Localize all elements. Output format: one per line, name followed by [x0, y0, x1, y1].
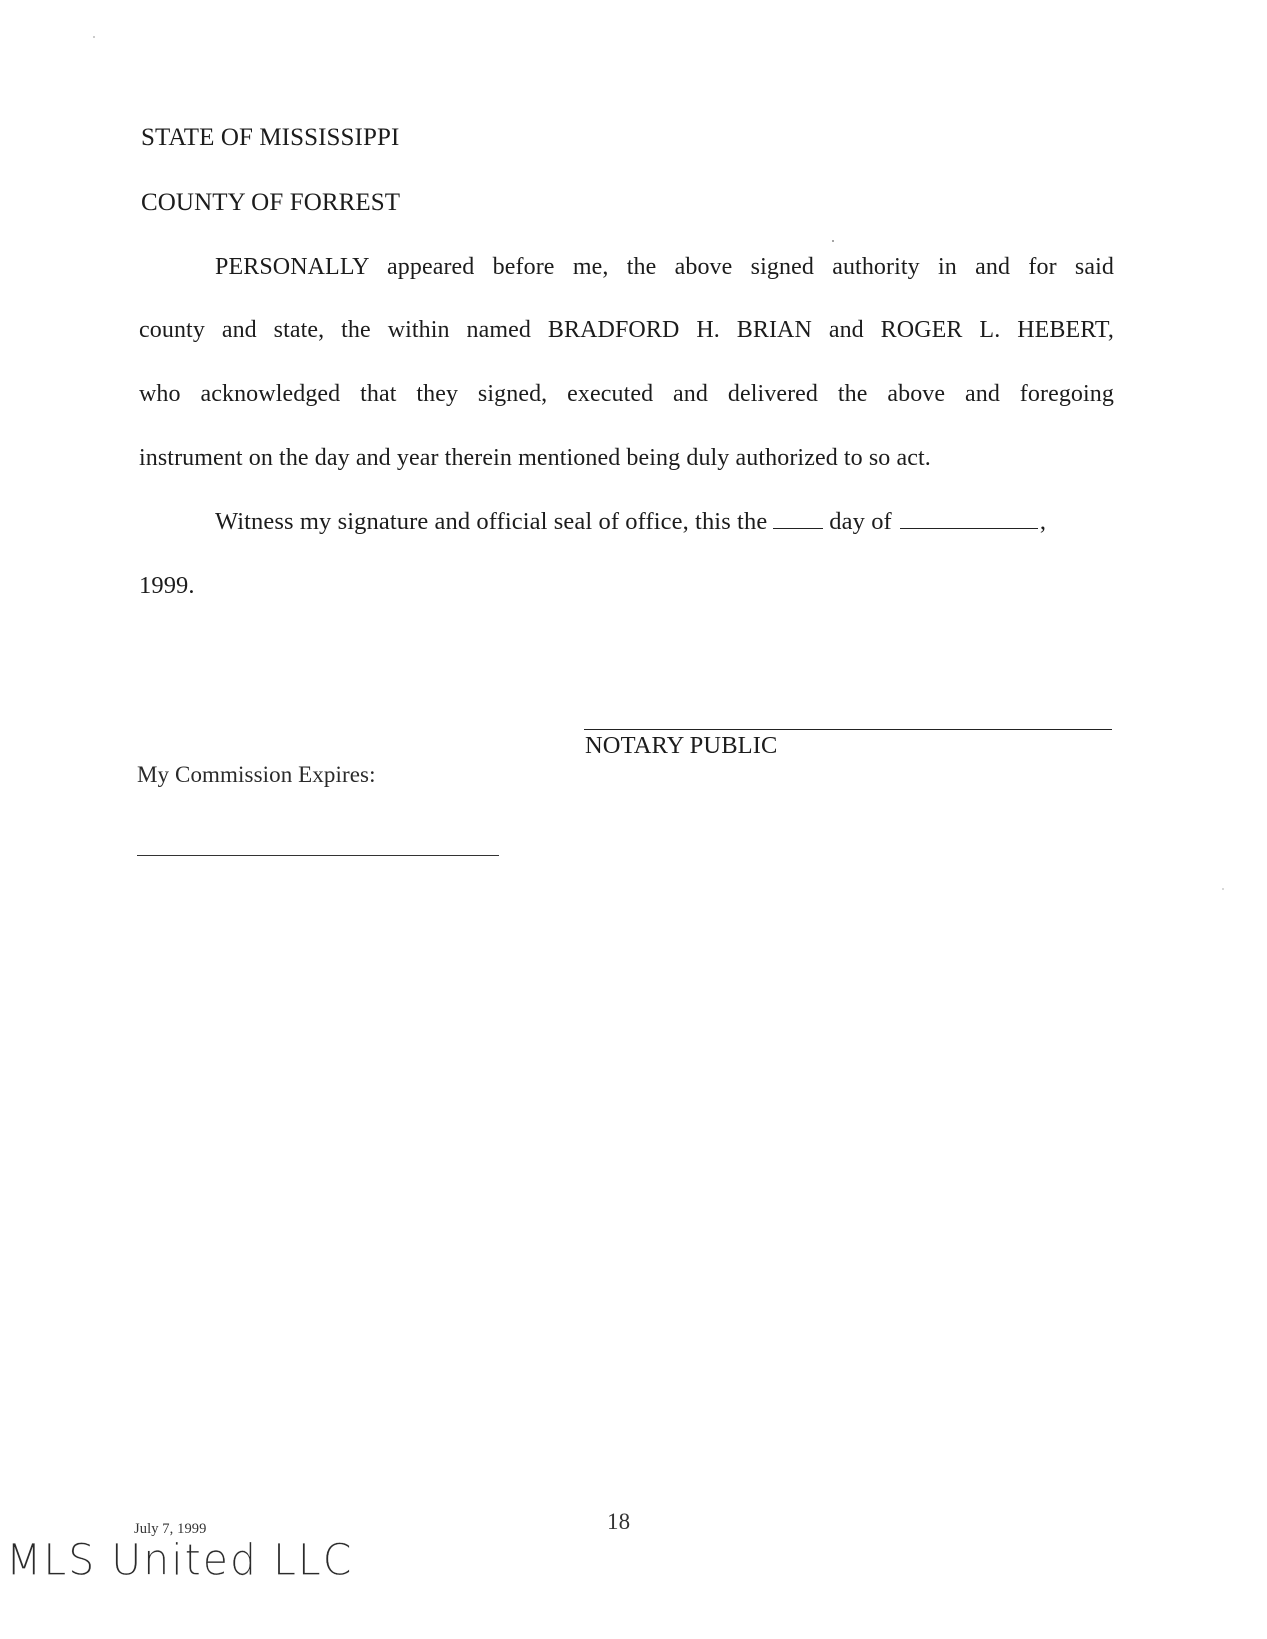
- month-blank: [900, 527, 1038, 529]
- scan-speck: [832, 240, 834, 242]
- notary-signature-line: [584, 729, 1112, 730]
- day-blank: [773, 527, 823, 529]
- acknowledgment-line-1: PERSONALLY appeared before me, the above…: [215, 254, 1114, 281]
- commission-expires-line: [137, 855, 499, 856]
- witness-middle: day of: [829, 508, 892, 535]
- heading-county: COUNTY OF FORREST: [141, 189, 400, 217]
- heading-state: STATE OF MISSISSIPPI: [141, 124, 399, 152]
- witness-year: 1999.: [139, 572, 195, 600]
- page-number: 18: [607, 1509, 630, 1535]
- watermark-text: MLS United LLC: [6, 1535, 353, 1585]
- scan-speck: [1222, 888, 1224, 890]
- document-page: STATE OF MISSISSIPPI COUNTY OF FORREST P…: [0, 0, 1267, 1639]
- witness-prefix: Witness my signature and official seal o…: [215, 508, 767, 535]
- witness-suffix: ,: [1040, 508, 1046, 535]
- acknowledgment-line-4: instrument on the day and year therein m…: [139, 445, 1114, 472]
- acknowledgment-line-3: who acknowledged that they signed, execu…: [139, 381, 1114, 408]
- commission-expires-label: My Commission Expires:: [137, 762, 376, 788]
- notary-public-label: NOTARY PUBLIC: [585, 732, 777, 760]
- acknowledgment-line-2: county and state, the within named BRADF…: [139, 317, 1114, 344]
- witness-line: Witness my signature and official seal o…: [215, 508, 1046, 536]
- scan-speck: [93, 36, 95, 38]
